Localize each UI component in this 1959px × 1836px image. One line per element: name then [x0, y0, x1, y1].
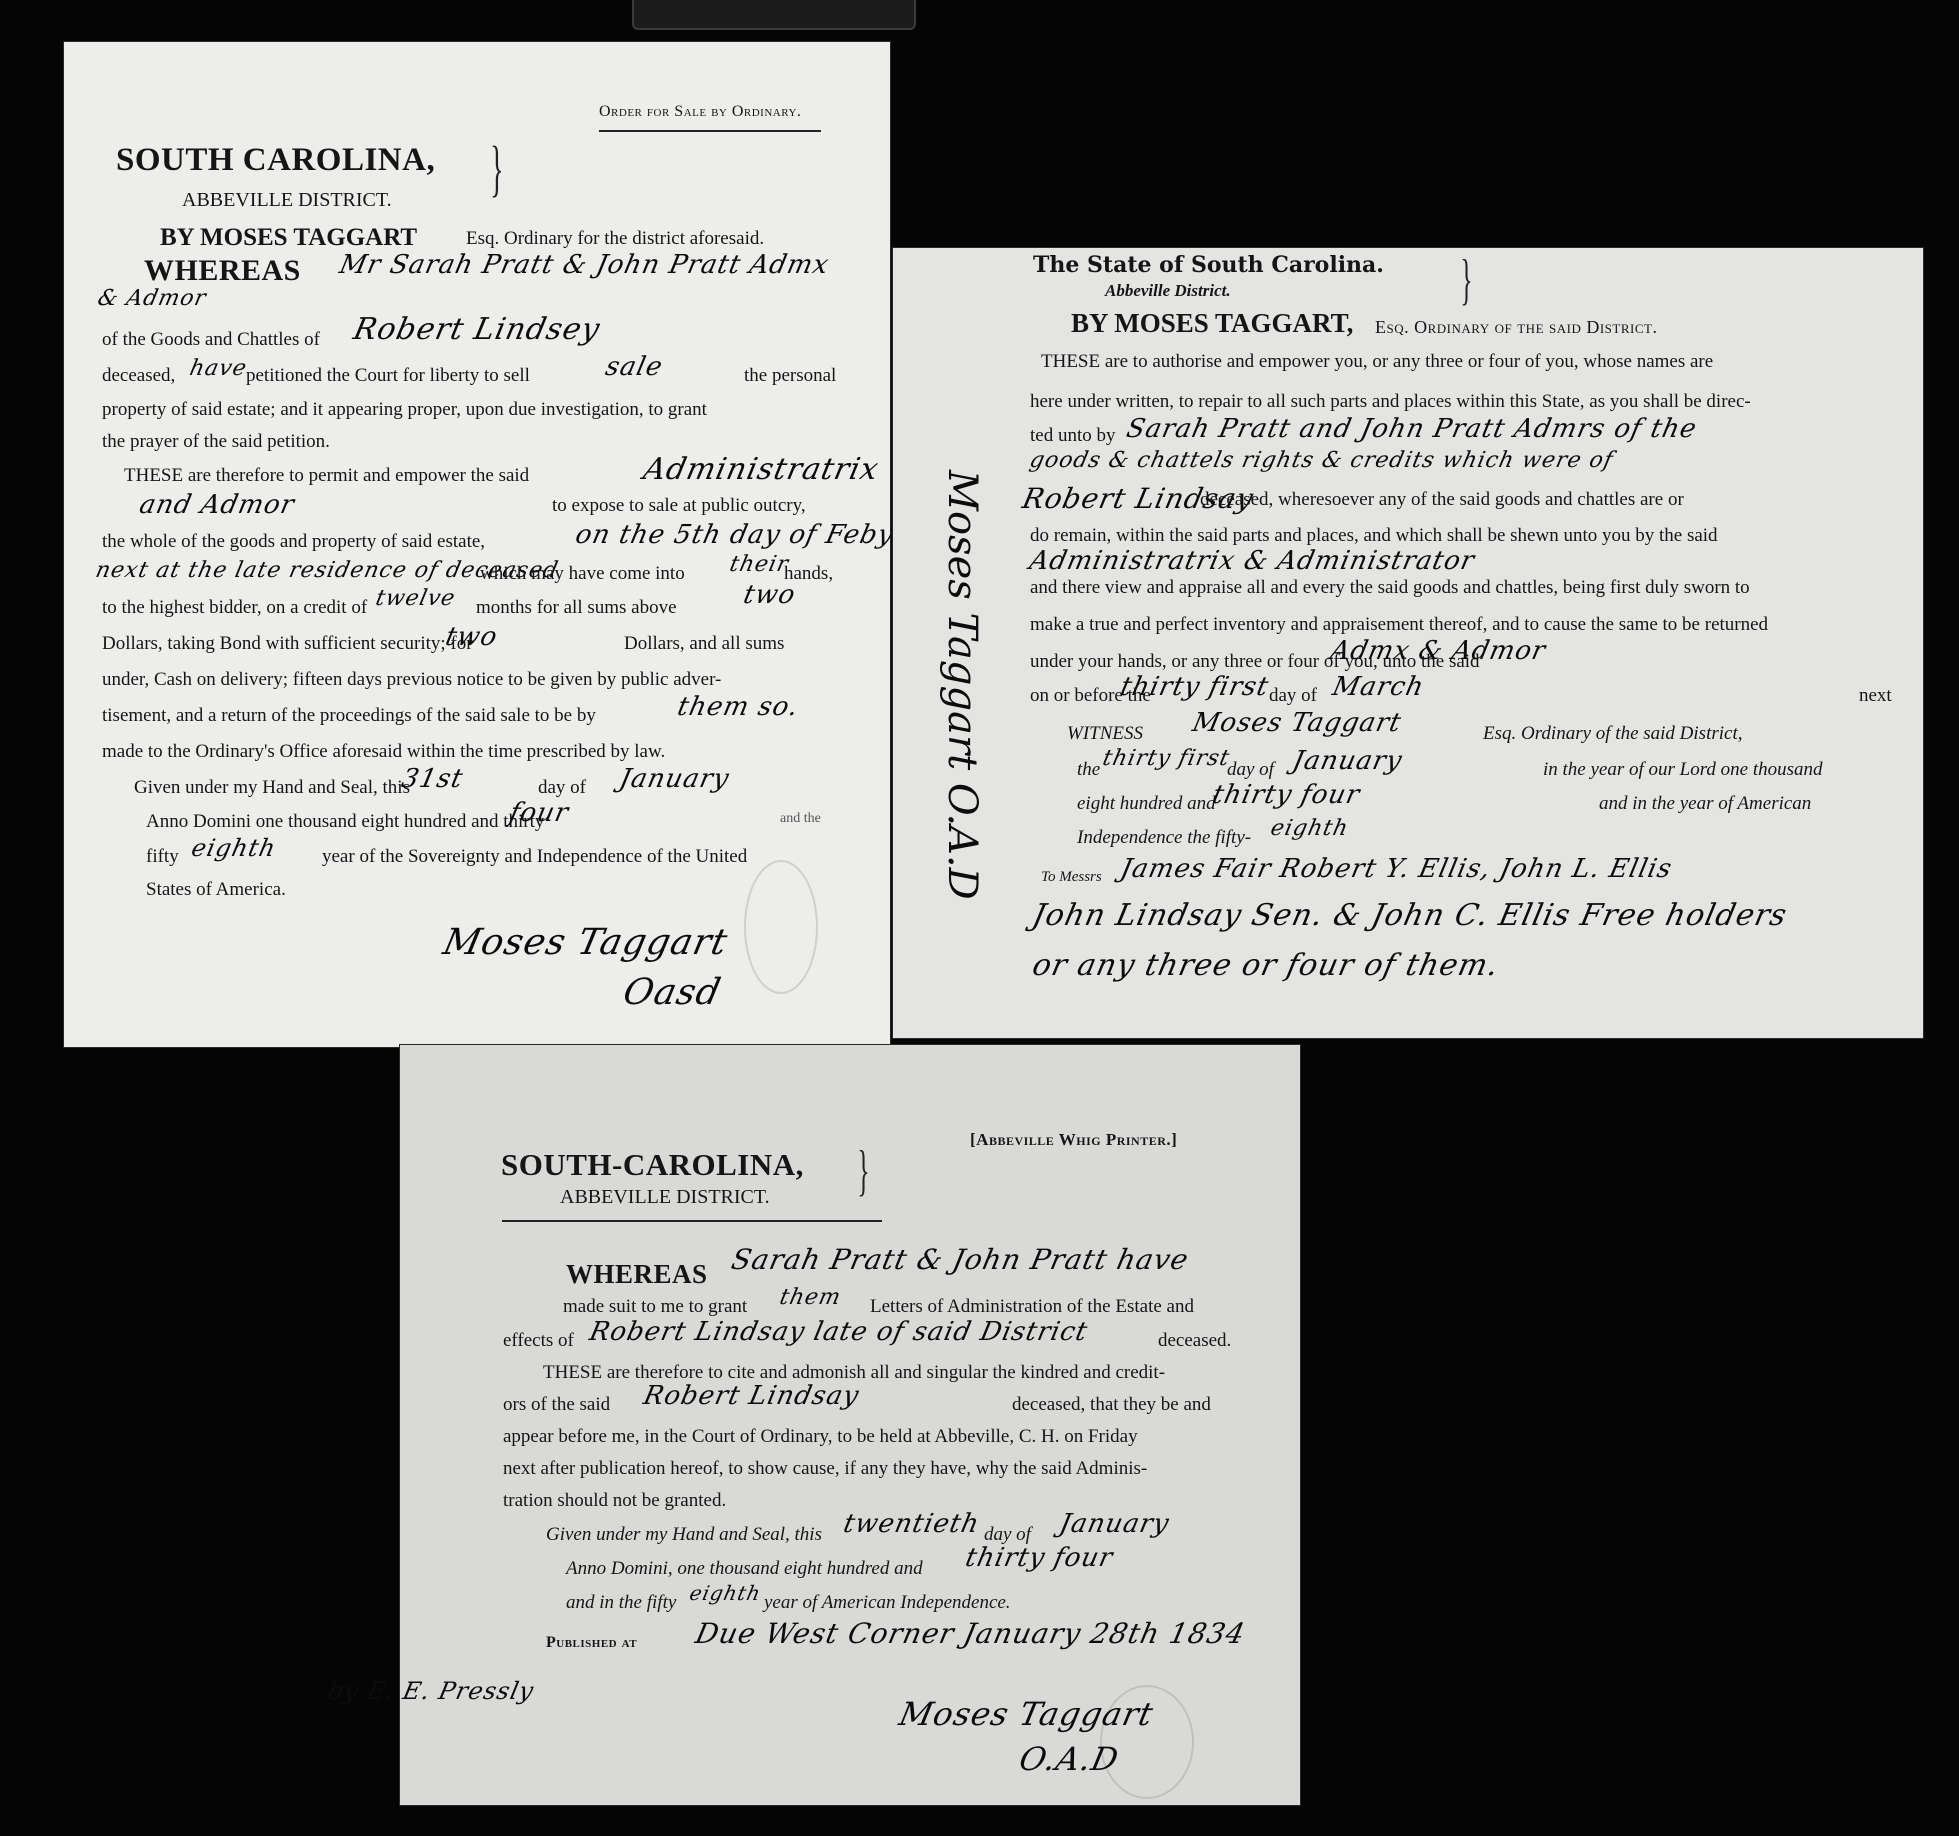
- text-line: do remain, within the said parts and pla…: [1030, 526, 1718, 545]
- state-title: SOUTH-CAROLINA,: [501, 1149, 804, 1180]
- text-line: and in the fifty: [566, 1593, 676, 1612]
- handwritten-goods-rights: goods & chattels rights & credits which …: [1027, 448, 1615, 473]
- text-line: effects of: [503, 1331, 574, 1350]
- handwritten-day: 31st: [399, 764, 466, 794]
- handwritten-admx-admor: Admx & Admor: [1328, 636, 1549, 666]
- text-line: day of: [538, 778, 586, 797]
- handwritten-appraisers-line2: John Lindsay Sen. & John C. Ellis Free h…: [1029, 898, 1790, 933]
- handwritten-petitioners: Sarah Pratt and John Pratt Admrs of the: [1124, 414, 1700, 444]
- text-line: Anno Domini one thousand eight hundred a…: [146, 812, 544, 831]
- text-line: to expose to sale at public outcry,: [552, 496, 806, 515]
- text-line: and in the year of American: [1599, 794, 1811, 813]
- signature-title: Oasd: [620, 972, 725, 1013]
- handwritten-publisher: by E. E. Pressly: [325, 1677, 537, 1705]
- handwritten-administratrix: Administratrix: [640, 452, 882, 487]
- handwritten-published-place-date: Due West Corner January 28th 1834: [692, 1617, 1248, 1650]
- text-line: Given under my Hand and Seal, this: [546, 1525, 822, 1544]
- text-line: here under written, to repair to all suc…: [1030, 392, 1751, 411]
- handwritten-them: them: [777, 1285, 843, 1310]
- text-line: fifty: [146, 847, 179, 866]
- district-title: ABBEVILLE DISTRICT.: [182, 190, 392, 210]
- handwritten-petitioners: Sarah Pratt & John Pratt have: [728, 1243, 1192, 1276]
- handwritten-eighth: eighth: [1268, 816, 1351, 841]
- handwritten-witness-month: January: [1290, 746, 1405, 776]
- microfilm-clip: [632, 0, 916, 30]
- text-line: THESE are therefore to cite and admonish…: [543, 1363, 1165, 1382]
- text-line: the personal: [744, 366, 836, 385]
- handwritten-month: January: [617, 764, 732, 794]
- printer-label: [Abbeville Whig Printer.]: [970, 1131, 1177, 1148]
- handwritten-day: twentieth: [841, 1509, 983, 1539]
- text-line: the whole of the goods and property of s…: [102, 532, 485, 551]
- handwritten-return-day: thirty first: [1118, 672, 1272, 702]
- handwritten-witness-year: thirty four: [1210, 780, 1363, 810]
- handwritten-month: January: [1057, 1509, 1172, 1539]
- handwritten-witness: Moses Taggart: [1190, 708, 1404, 738]
- district-title: Abbeville District.: [1105, 282, 1231, 299]
- handwritten-twelve: twelve: [373, 586, 458, 611]
- handwritten-them: them so.: [675, 692, 802, 722]
- text-line: Dollars, and all sums: [624, 634, 784, 653]
- text-line: ors of the said: [503, 1395, 610, 1414]
- text-line: Independence the fifty-: [1077, 828, 1251, 847]
- text-line: appear before me, in the Court of Ordina…: [503, 1427, 1138, 1446]
- handwritten-sale-date: on the 5th day of Feby: [573, 520, 897, 550]
- handwritten-deceased-name: Robert Lindsay: [641, 1381, 862, 1411]
- text-line: make a true and perfect inventory and ap…: [1030, 615, 1768, 634]
- text-line: the prayer of the said petition.: [102, 432, 330, 451]
- text-line: year of the Sovereignty and Independence…: [322, 847, 747, 866]
- warrant-of-appraisement-document: The State of South Carolina. } Abbeville…: [893, 248, 1923, 1038]
- text-line: next: [1859, 686, 1892, 705]
- whereas-label: WHEREAS: [144, 256, 301, 286]
- handwritten-eighth: eighth: [687, 1581, 763, 1605]
- handwritten-sale: sale: [603, 352, 666, 382]
- text-line: Letters of Administration of the Estate …: [870, 1297, 1194, 1316]
- order-for-sale-document: Order for Sale by Ordinary. SOUTH CAROLI…: [64, 42, 890, 1047]
- text-line: and the: [780, 812, 821, 826]
- handwritten-appraisers-line3: or any three or four of them.: [1029, 948, 1502, 983]
- text-line: tration should not be granted.: [503, 1491, 726, 1510]
- text-line: Given under my Hand and Seal, this: [134, 778, 410, 797]
- text-line: made to the Ordinary's Office aforesaid …: [102, 742, 665, 761]
- text-line: made suit to me to grant: [563, 1297, 747, 1316]
- handwritten-year: thirty four: [963, 1543, 1116, 1573]
- handwritten-return-month: March: [1330, 672, 1427, 702]
- text-line: which may have come into: [480, 564, 685, 583]
- handwritten-administrators: Administratrix & Administrator: [1027, 546, 1478, 576]
- handwritten-deceased-name: Robert Lindsey: [350, 312, 603, 347]
- by-line-rest: Esq. Ordinary for the district aforesaid…: [466, 229, 764, 248]
- handwritten-have: have: [187, 356, 249, 381]
- text-line: next after publication hereof, to show c…: [503, 1459, 1147, 1478]
- to-messrs-label: To Messrs: [1041, 870, 1102, 885]
- whereas-label: WHEREAS: [566, 1261, 708, 1288]
- text-line: petitioned the Court for liberty to sell: [246, 366, 530, 385]
- goods-label: of the Goods and Chattles of: [102, 330, 320, 349]
- text-line: deceased, that they be and: [1012, 1395, 1211, 1414]
- text-line: eight hundred and: [1077, 794, 1216, 813]
- text-line: tisement, and a return of the proceeding…: [102, 706, 596, 725]
- header-order-for-sale: Order for Sale by Ordinary.: [599, 104, 801, 120]
- state-title: SOUTH CAROLINA,: [116, 144, 435, 177]
- text-line: deceased,: [102, 366, 175, 385]
- handwritten-two: two: [443, 622, 501, 652]
- text-line: in the year of our Lord one thousand: [1543, 760, 1823, 779]
- handwritten-appraisers-line1: James Fair Robert Y. Ellis, John L. Elli…: [1118, 854, 1675, 884]
- brace: }: [1460, 248, 1472, 312]
- signature: Moses Taggart: [440, 922, 732, 963]
- citation-document: [Abbeville Whig Printer.] SOUTH-CAROLINA…: [400, 1045, 1300, 1805]
- header-rule: [599, 130, 821, 132]
- signature-title: O.A.D: [1016, 1740, 1123, 1778]
- text-line: States of America.: [146, 880, 286, 899]
- witness-label: WITNESS: [1067, 724, 1143, 743]
- state-title: The State of South Carolina.: [1033, 254, 1384, 276]
- text-line: the: [1077, 760, 1100, 779]
- text-line: year of American Independence.: [764, 1593, 1011, 1612]
- text-line: Dollars, taking Bond with sufficient sec…: [102, 634, 473, 653]
- handwritten-their: their: [727, 552, 791, 577]
- margin-signature: Moses Taggart O.A.D: [939, 470, 985, 900]
- published-label: Published at: [546, 1635, 637, 1651]
- brace: }: [490, 134, 503, 205]
- handwritten-petitioners: Mr Sarah Pratt & John Pratt Admx: [337, 250, 832, 280]
- text-line: Esq. Ordinary of the said District,: [1483, 724, 1743, 743]
- handwritten-witness-day: thirty first: [1100, 746, 1232, 771]
- seal-impression: [744, 860, 818, 994]
- text-line: property of said estate; and it appearin…: [102, 400, 707, 419]
- text-line: THESE are therefore to permit and empowe…: [124, 466, 529, 485]
- text-line: day of: [1269, 686, 1317, 705]
- text-line: to the highest bidder, on a credit of: [102, 598, 367, 617]
- signature: Moses Taggart: [896, 1695, 1157, 1733]
- text-line: months for all sums above: [476, 598, 677, 617]
- text-line: THESE are to authorise and empower you, …: [1041, 352, 1713, 371]
- text-line: and there view and appraise all and ever…: [1030, 578, 1750, 597]
- handwritten-year: four: [507, 798, 572, 828]
- by-line-bold: BY MOSES TAGGART,: [1071, 310, 1353, 337]
- header-rule: [502, 1220, 882, 1222]
- text-line: ted unto by: [1030, 426, 1116, 445]
- text-line: day of: [1227, 760, 1274, 779]
- handwritten-admor: & Admor: [95, 286, 208, 311]
- brace: }: [857, 1139, 869, 1203]
- handwritten-two: two: [741, 580, 799, 610]
- text-line: deceased.: [1158, 1331, 1231, 1350]
- handwritten-eighth: eighth: [189, 834, 279, 862]
- text-line: Anno Domini, one thousand eight hundred …: [566, 1559, 923, 1578]
- text-line: day of: [984, 1525, 1031, 1544]
- district-title: ABBEVILLE DISTRICT.: [560, 1187, 770, 1207]
- by-line-rest: Esq. Ordinary of the said District.: [1375, 318, 1657, 336]
- handwritten-deceased-name: Robert Lindsay late of said District: [587, 1317, 1091, 1347]
- text-line: under, Cash on delivery; fifteen days pr…: [102, 670, 721, 689]
- by-line-bold: BY MOSES TAGGART: [160, 225, 417, 250]
- handwritten-and-admor: and Admor: [137, 490, 298, 520]
- text-line: deceased, wheresoever any of the said go…: [1200, 490, 1684, 509]
